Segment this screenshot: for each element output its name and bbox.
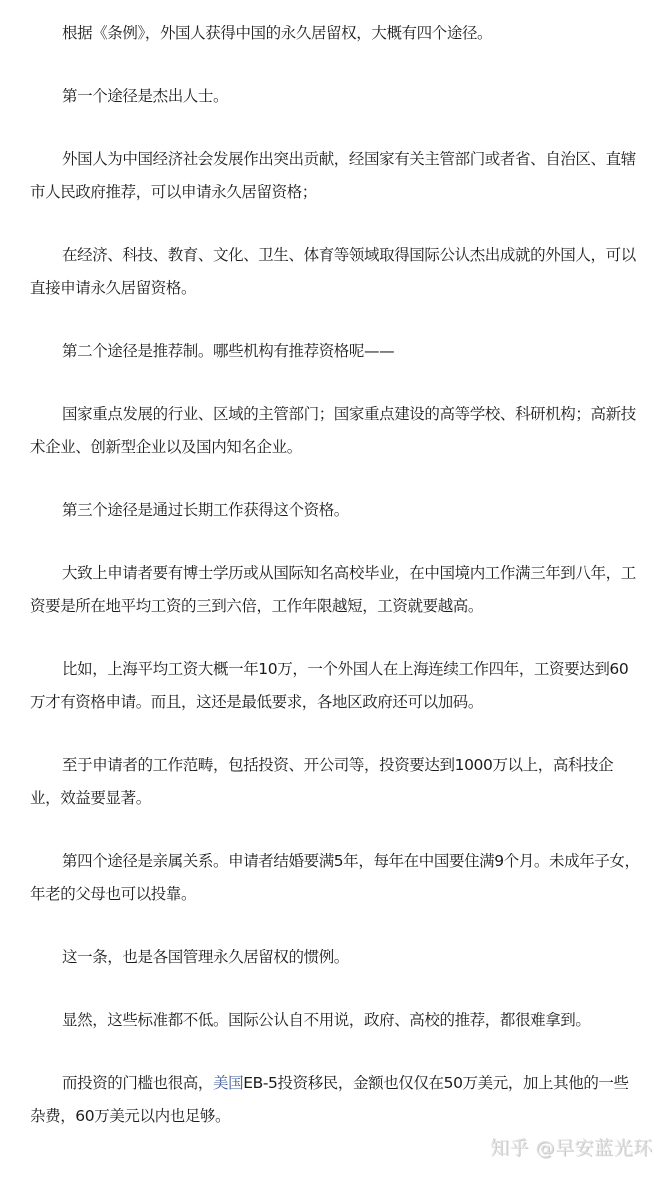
paragraph: 显然，这些标准都不低。国际公认自不用说，政府、高校的推荐，都很难拿到。 <box>30 1004 642 1037</box>
text-before-link: 而投资的门槛也很高， <box>62 1074 213 1092</box>
paragraph-with-link: 而投资的门槛也很高，美国EB-5投资移民，金额也仅仅在50万美元，加上其他的一些… <box>30 1067 642 1133</box>
paragraph: 国家重点发展的行业、区域的主管部门；国家重点建设的高等学校、科研机构；高新技术企… <box>30 398 642 464</box>
article-body: 根据《条例》，外国人获得中国的永久居留权，大概有四个途径。 第一个途径是杰出人士… <box>30 17 642 1163</box>
paragraph: 这一条，也是各国管理永久居留权的惯例。 <box>30 941 642 974</box>
paragraph: 第一个途径是杰出人士。 <box>30 80 642 113</box>
zhihu-watermark: 知乎 @早安蓝光环 <box>490 1133 653 1160</box>
paragraph: 比如，上海平均工资大概一年10万，一个外国人在上海连续工作四年，工资要达到60万… <box>30 653 642 719</box>
paragraph: 至于申请者的工作范畴，包括投资、开公司等，投资要达到1000万以上，高科技企业，… <box>30 749 642 815</box>
paragraph: 外国人为中国经济社会发展作出突出贡献，经国家有关主管部门或者省、自治区、直辖市人… <box>30 143 642 209</box>
usa-link[interactable]: 美国 <box>213 1074 243 1092</box>
paragraph: 大致上申请者要有博士学历或从国际知名高校毕业，在中国境内工作满三年到八年，工资要… <box>30 557 642 623</box>
paragraph: 在经济、科技、教育、文化、卫生、体育等领域取得国际公认杰出成就的外国人，可以直接… <box>30 239 642 305</box>
paragraph: 第二个途径是推荐制。哪些机构有推荐资格呢—— <box>30 335 642 368</box>
paragraph: 第四个途径是亲属关系。申请者结婚要满5年，每年在中国要住满9个月。未成年子女，年… <box>30 845 642 911</box>
paragraph: 根据《条例》，外国人获得中国的永久居留权，大概有四个途径。 <box>30 17 642 50</box>
paragraph: 第三个途径是通过长期工作获得这个资格。 <box>30 494 642 527</box>
